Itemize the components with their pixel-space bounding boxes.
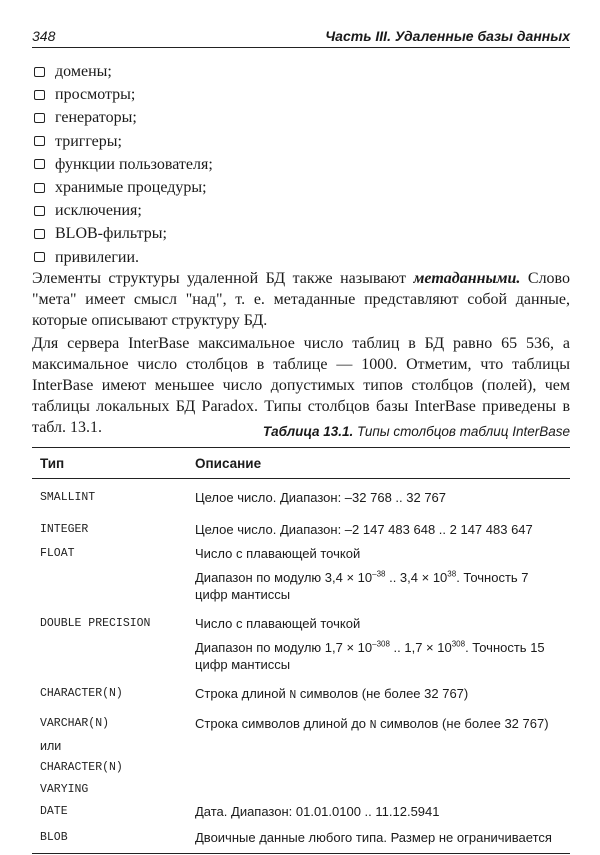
list-item: триггеры; <box>32 130 213 153</box>
metadata-paragraph: Элементы структуры удаленной БД также на… <box>32 268 570 331</box>
list-item: привилегии. <box>32 246 213 269</box>
checkbox-bullet-icon <box>34 159 45 169</box>
checkbox-bullet-icon <box>34 113 45 123</box>
list-item: BLOB-фильтры; <box>32 222 213 245</box>
running-header: 348 Часть III. Удаленные базы данных <box>32 25 570 47</box>
checkbox-bullet-icon <box>34 206 45 216</box>
table-row: DOUBLE PRECISION Число с плавающей точко… <box>32 615 570 685</box>
list-item: домены; <box>32 60 213 83</box>
page-number: 348 <box>32 28 55 44</box>
header-description: Описание <box>195 456 570 471</box>
chapter-title: Часть III. Удаленные базы данных <box>325 28 570 44</box>
table-row: INTEGER Целое число. Диапазон: –2 147 48… <box>32 521 570 545</box>
list-item: генераторы; <box>32 106 213 129</box>
checkbox-bullet-icon <box>34 136 45 146</box>
header-type: Тип <box>32 456 195 471</box>
table-row: VARCHAR(N) или CHARACTER(N) VARYING Стро… <box>32 713 570 803</box>
emphasis-term: метаданными. <box>413 270 520 287</box>
table-caption: Таблица 13.1. Типы столбцов таблиц Inter… <box>263 424 570 439</box>
checkbox-bullet-icon <box>34 90 45 100</box>
table-header-row: Тип Описание <box>32 448 570 478</box>
interbase-paragraph: Для сервера InterBase максимальное число… <box>32 333 570 438</box>
header-rule <box>32 47 570 48</box>
checkbox-bullet-icon <box>34 229 45 239</box>
list-item: просмотры; <box>32 83 213 106</box>
checkbox-bullet-icon <box>34 67 45 77</box>
table-bottom-rule <box>32 853 570 854</box>
table-row: DATE Дата. Диапазон: 01.01.0100 .. 11.12… <box>32 803 570 829</box>
table-header-rule <box>32 478 570 479</box>
column-types-table: Тип Описание SMALLINT Целое число. Диапа… <box>32 447 570 854</box>
table-row: BLOB Двоичные данные любого типа. Размер… <box>32 829 570 851</box>
checkbox-bullet-icon <box>34 183 45 193</box>
table-row: FLOAT Число с плавающей точкой Диапазон … <box>32 545 570 615</box>
list-item: функции пользователя; <box>32 153 213 176</box>
list-item: хранимые процедуры; <box>32 176 213 199</box>
table-row: CHARACTER(N) Строка длиной N символов (н… <box>32 685 570 713</box>
table-row: SMALLINT Целое число. Диапазон: –32 768 … <box>32 489 570 521</box>
checkbox-bullet-icon <box>34 252 45 262</box>
metadata-list: домены; просмотры; генераторы; триггеры;… <box>32 60 213 269</box>
list-item: исключения; <box>32 199 213 222</box>
